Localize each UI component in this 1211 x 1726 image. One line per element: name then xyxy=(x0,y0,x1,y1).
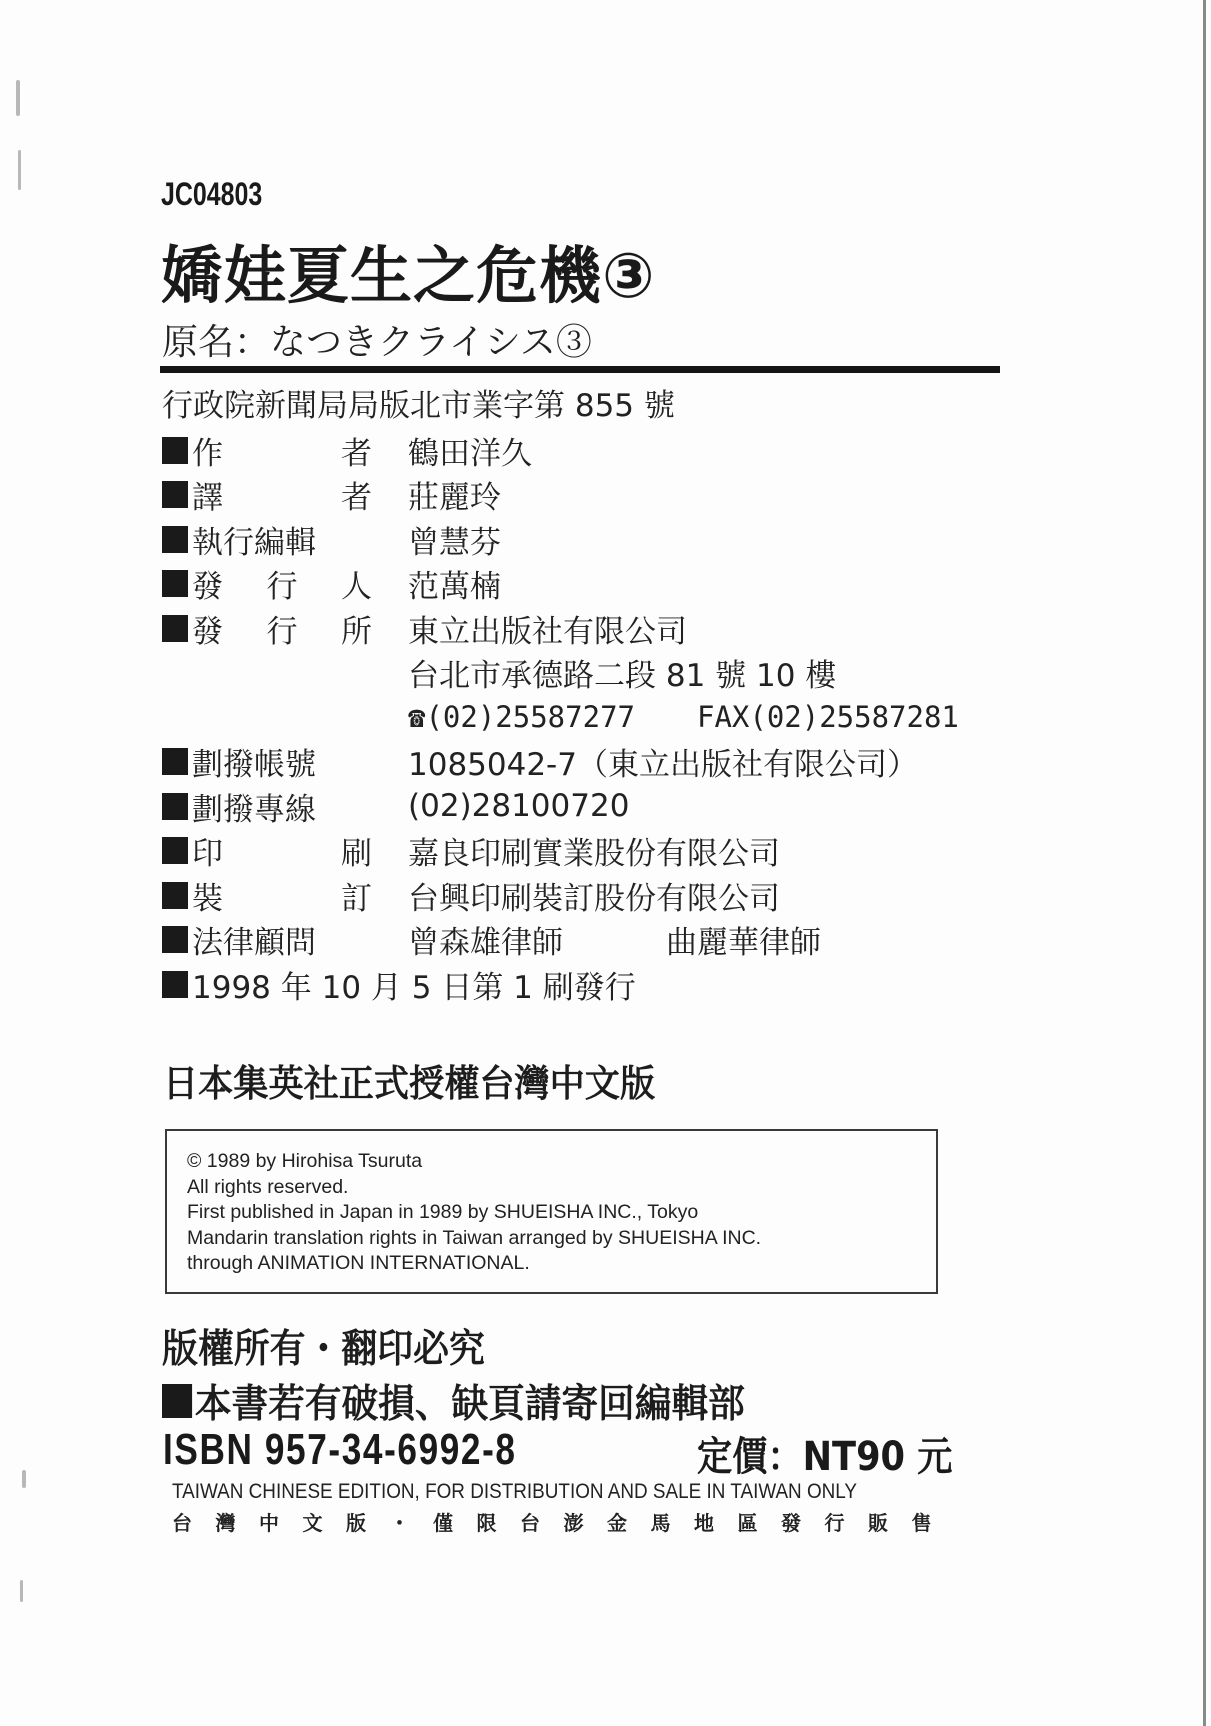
catalog-code: JC04803 xyxy=(161,176,262,213)
square-bullet-icon xyxy=(162,437,188,464)
distribution-notice-zh: 台灣中文版・僅限台澎金馬地區發行販售 xyxy=(172,1507,955,1536)
square-bullet-icon xyxy=(162,793,188,820)
credit-row-postal-line: 劃撥專線 (02)28100720 xyxy=(162,784,959,829)
credit-row-binding: 裝訂 台興印刷裝訂股份有限公司 xyxy=(162,873,959,918)
price: 定價：NT90 元 xyxy=(697,1425,953,1482)
square-bullet-icon xyxy=(162,971,188,998)
fax-number: FAX(02)25587281 xyxy=(697,700,959,734)
credit-row-executive-editor: 執行編輯 曾慧芬 xyxy=(162,517,959,562)
square-bullet-icon xyxy=(162,615,188,642)
copyright-line: First published in Japan in 1989 by SHUE… xyxy=(187,1200,761,1226)
credit-value: 曾森雄律師 xyxy=(408,917,563,962)
scan-artifact xyxy=(18,150,21,190)
damage-notice: 本書若有破損、缺頁請寄回編輯部 xyxy=(195,1373,745,1429)
book-title: 嬌娃夏生之危機③ xyxy=(161,226,656,315)
credit-value: 嘉良印刷實業股份有限公司 xyxy=(408,828,780,873)
credit-label: 印刷 xyxy=(192,828,408,873)
credit-row-author: 作者 鶴田洋久 xyxy=(162,428,959,473)
credit-label: 劃撥帳號 xyxy=(192,739,408,784)
credit-row-legal-counsel: 法律顧問 曾森雄律師 曲麗華律師 xyxy=(162,918,959,963)
credit-value: 台興印刷裝訂股份有限公司 xyxy=(408,873,780,918)
copyright-line: © 1989 by Hirohisa Tsuruta xyxy=(187,1149,761,1175)
credit-value: 曾慧芬 xyxy=(408,517,501,562)
credit-row-postal-account: 劃撥帳號 1085042-7（東立出版社有限公司） xyxy=(162,740,959,785)
credit-row-address: 台北市承德路二段 81 號 10 樓 xyxy=(162,651,959,696)
print-date-row: 1998 年 10 月 5 日第 1 刷發行 xyxy=(162,962,959,1007)
license-number: 行政院新聞局局版北市業字第 855 號 xyxy=(162,380,675,425)
rights-reserved: 版權所有・翻印必究 xyxy=(162,1318,485,1374)
isbn: ISBN 957-34-6992-8 xyxy=(163,1425,517,1475)
print-date: 1998 年 10 月 5 日第 1 刷發行 xyxy=(192,962,636,1007)
copyright-line: through ANIMATION INTERNATIONAL. xyxy=(187,1251,761,1277)
credit-label: 發行人 xyxy=(192,561,408,606)
scan-artifact xyxy=(16,80,20,116)
authorization-notice: 日本集英社正式授權台灣中文版 xyxy=(163,1053,655,1107)
publisher-address: 台北市承德路二段 81 號 10 樓 xyxy=(408,650,836,695)
title-divider xyxy=(160,366,1000,373)
credit-label: 法律顧問 xyxy=(192,917,408,962)
credit-label: 作者 xyxy=(192,428,408,473)
square-bullet-icon xyxy=(162,481,188,508)
square-bullet-icon xyxy=(162,526,188,553)
square-bullet-icon xyxy=(162,570,188,597)
original-title: 原名：なつきクライシス③ xyxy=(162,314,592,365)
credit-label: 執行編輯 xyxy=(192,517,408,562)
credit-value: 1085042-7（東立出版社有限公司） xyxy=(408,739,918,784)
credit-value: 莊麗玲 xyxy=(408,472,501,517)
square-bullet-icon xyxy=(162,748,188,775)
credit-value: 東立出版社有限公司 xyxy=(408,606,687,651)
damage-notice-row: 本書若有破損、缺頁請寄回編輯部 xyxy=(162,1373,745,1429)
credits-list: 作者 鶴田洋久 譯者 莊麗玲 執行編輯 曾慧芬 發行人 范萬楠 發行所 東立出版… xyxy=(162,428,959,1007)
credit-label: 裝訂 xyxy=(192,873,408,918)
credit-value: (02)28100720 xyxy=(408,788,629,824)
credit-row-printing: 印刷 嘉良印刷實業股份有限公司 xyxy=(162,829,959,874)
credit-value: 范萬楠 xyxy=(408,561,501,606)
copyright-line: All rights reserved. xyxy=(187,1175,761,1201)
copyright-line: Mandarin translation rights in Taiwan ar… xyxy=(187,1226,761,1252)
credit-row-phone: ☎(02)25587277 FAX(02)25587281 xyxy=(162,695,959,740)
credit-label: 發行所 xyxy=(192,606,408,651)
scan-artifact xyxy=(22,1470,26,1488)
phone-icon: ☎ xyxy=(408,700,425,734)
square-bullet-icon xyxy=(162,1384,192,1418)
credit-label: 譯者 xyxy=(192,472,408,517)
distribution-notice-en: TAIWAN CHINESE EDITION, FOR DISTRIBUTION… xyxy=(172,1480,857,1504)
square-bullet-icon xyxy=(162,837,188,864)
scan-artifact xyxy=(20,1580,23,1602)
credit-row-publishing-house: 發行所 東立出版社有限公司 xyxy=(162,606,959,651)
credit-row-publisher: 發行人 范萬楠 xyxy=(162,562,959,607)
copyright-box: © 1989 by Hirohisa Tsuruta All rights re… xyxy=(165,1129,938,1294)
square-bullet-icon xyxy=(162,882,188,909)
credit-row-translator: 譯者 莊麗玲 xyxy=(162,473,959,518)
credit-value: 鶴田洋久 xyxy=(408,428,532,473)
page-edge-line xyxy=(1203,0,1206,1726)
phone-number: ☎(02)25587277 xyxy=(408,700,635,734)
square-bullet-icon xyxy=(162,926,188,953)
credit-value-secondary: 曲麗華律師 xyxy=(666,917,821,962)
credit-label: 劃撥專線 xyxy=(192,784,408,829)
